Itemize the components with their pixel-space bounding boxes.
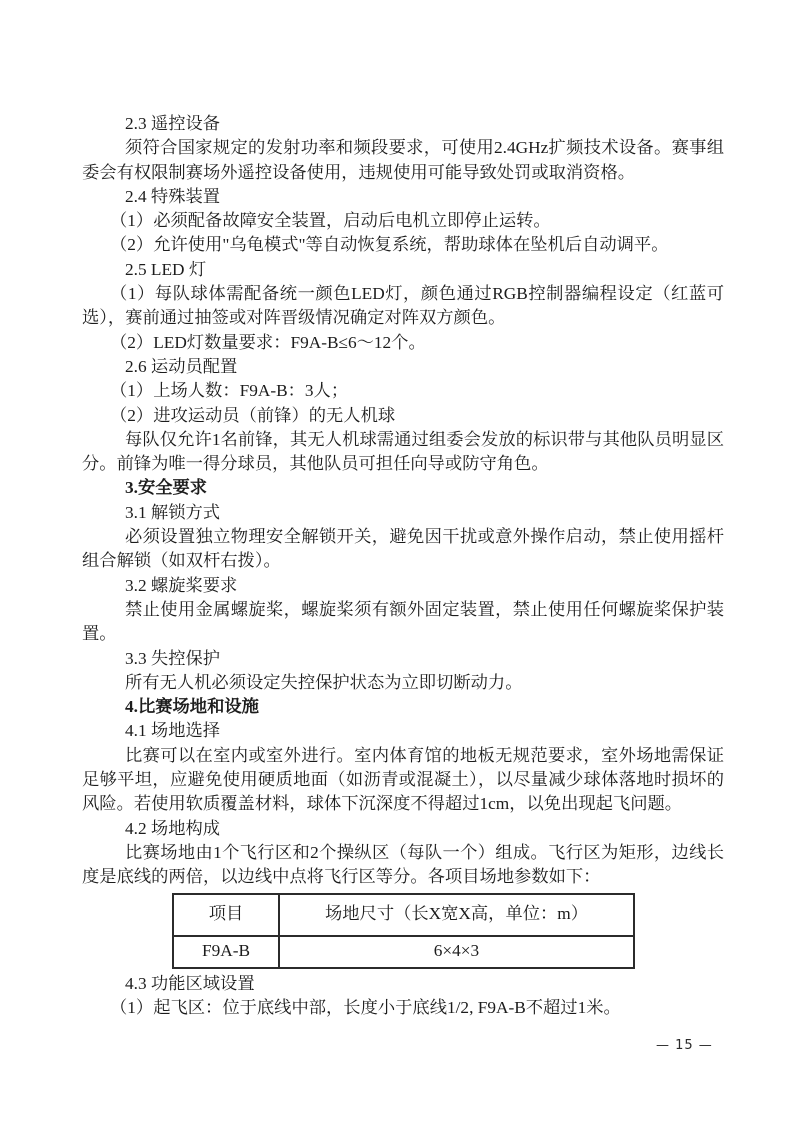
subsection-heading: 2.6 运动员配置 (82, 355, 724, 379)
page-number: — 15 — (656, 1038, 713, 1053)
paragraph: 每队仅允许1名前锋，其无人机球需通过组委会发放的标识带与其他队员明显区分。前锋为… (82, 428, 724, 477)
table-row: F9A-B 6×4×3 (173, 936, 634, 968)
table-header-row: 项目 场地尺寸（长X宽X高，单位：m） (173, 894, 634, 936)
subsection-heading: 3.3 失控保护 (82, 647, 724, 671)
list-item: （2）允许使用"乌龟模式"等自动恢复系统，帮助球体在坠机后自动调平。 (82, 233, 724, 257)
table-header-size: 场地尺寸（长X宽X高，单位：m） (279, 894, 634, 936)
subsection-heading: 4.1 场地选择 (82, 719, 724, 743)
field-parameters-table: 项目 场地尺寸（长X宽X高，单位：m） F9A-B 6×4×3 (172, 893, 635, 969)
subsection-heading: 2.3 遥控设备 (82, 112, 724, 136)
list-item: （2）进攻运动员（前锋）的无人机球 (82, 404, 724, 428)
paragraph: 必须设置独立物理安全解锁开关，避免因干扰或意外操作启动，禁止使用摇杆组合解锁（如… (82, 525, 724, 574)
list-item: （1）必须配备故障安全装置，启动后电机立即停止运转。 (82, 209, 724, 233)
paragraph: 所有无人机必须设定失控保护状态为立即切断动力。 (82, 671, 724, 695)
paragraph: 禁止使用金属螺旋桨，螺旋桨须有额外固定装置，禁止使用任何螺旋桨保护装置。 (82, 598, 724, 647)
chapter-heading: 3.安全要求 (82, 476, 724, 500)
list-item: （1）上场人数：F9A-B：3人； (82, 379, 724, 403)
list-item: （1）起飞区：位于底线中部，长度小于底线1/2, F9A-B不超过1米。 (82, 996, 724, 1020)
subsection-heading: 3.1 解锁方式 (82, 501, 724, 525)
paragraph: 须符合国家规定的发射功率和频段要求，可使用2.4GHz扩频技术设备。赛事组委会有… (82, 136, 724, 185)
subsection-heading: 3.2 螺旋桨要求 (82, 574, 724, 598)
list-item: （1）每队球体需配备统一颜色LED灯，颜色通过RGB控制器编程设定（红蓝可选），… (82, 282, 724, 331)
subsection-heading: 4.3 功能区域设置 (82, 972, 724, 996)
table-cell-size: 6×4×3 (279, 936, 634, 968)
table-header-item: 项目 (173, 894, 279, 936)
subsection-heading: 4.2 场地构成 (82, 817, 724, 841)
document-page: 2.3 遥控设备 须符合国家规定的发射功率和频段要求，可使用2.4GHz扩频技术… (0, 0, 800, 1131)
chapter-heading: 4.比赛场地和设施 (82, 695, 724, 719)
table-cell-class: F9A-B (173, 936, 279, 968)
document-body: 2.3 遥控设备 须符合国家规定的发射功率和频段要求，可使用2.4GHz扩频技术… (82, 112, 724, 1020)
paragraph: 比赛场地由1个飞行区和2个操纵区（每队一个）组成。飞行区为矩形，边线长度是底线的… (82, 841, 724, 890)
list-item: （2）LED灯数量要求：F9A-B≤6～12个。 (82, 331, 724, 355)
subsection-heading: 2.4 特殊装置 (82, 185, 724, 209)
subsection-heading: 2.5 LED 灯 (82, 258, 724, 282)
paragraph: 比赛可以在室内或室外进行。室内体育馆的地板无规范要求，室外场地需保证足够平坦，应… (82, 744, 724, 817)
